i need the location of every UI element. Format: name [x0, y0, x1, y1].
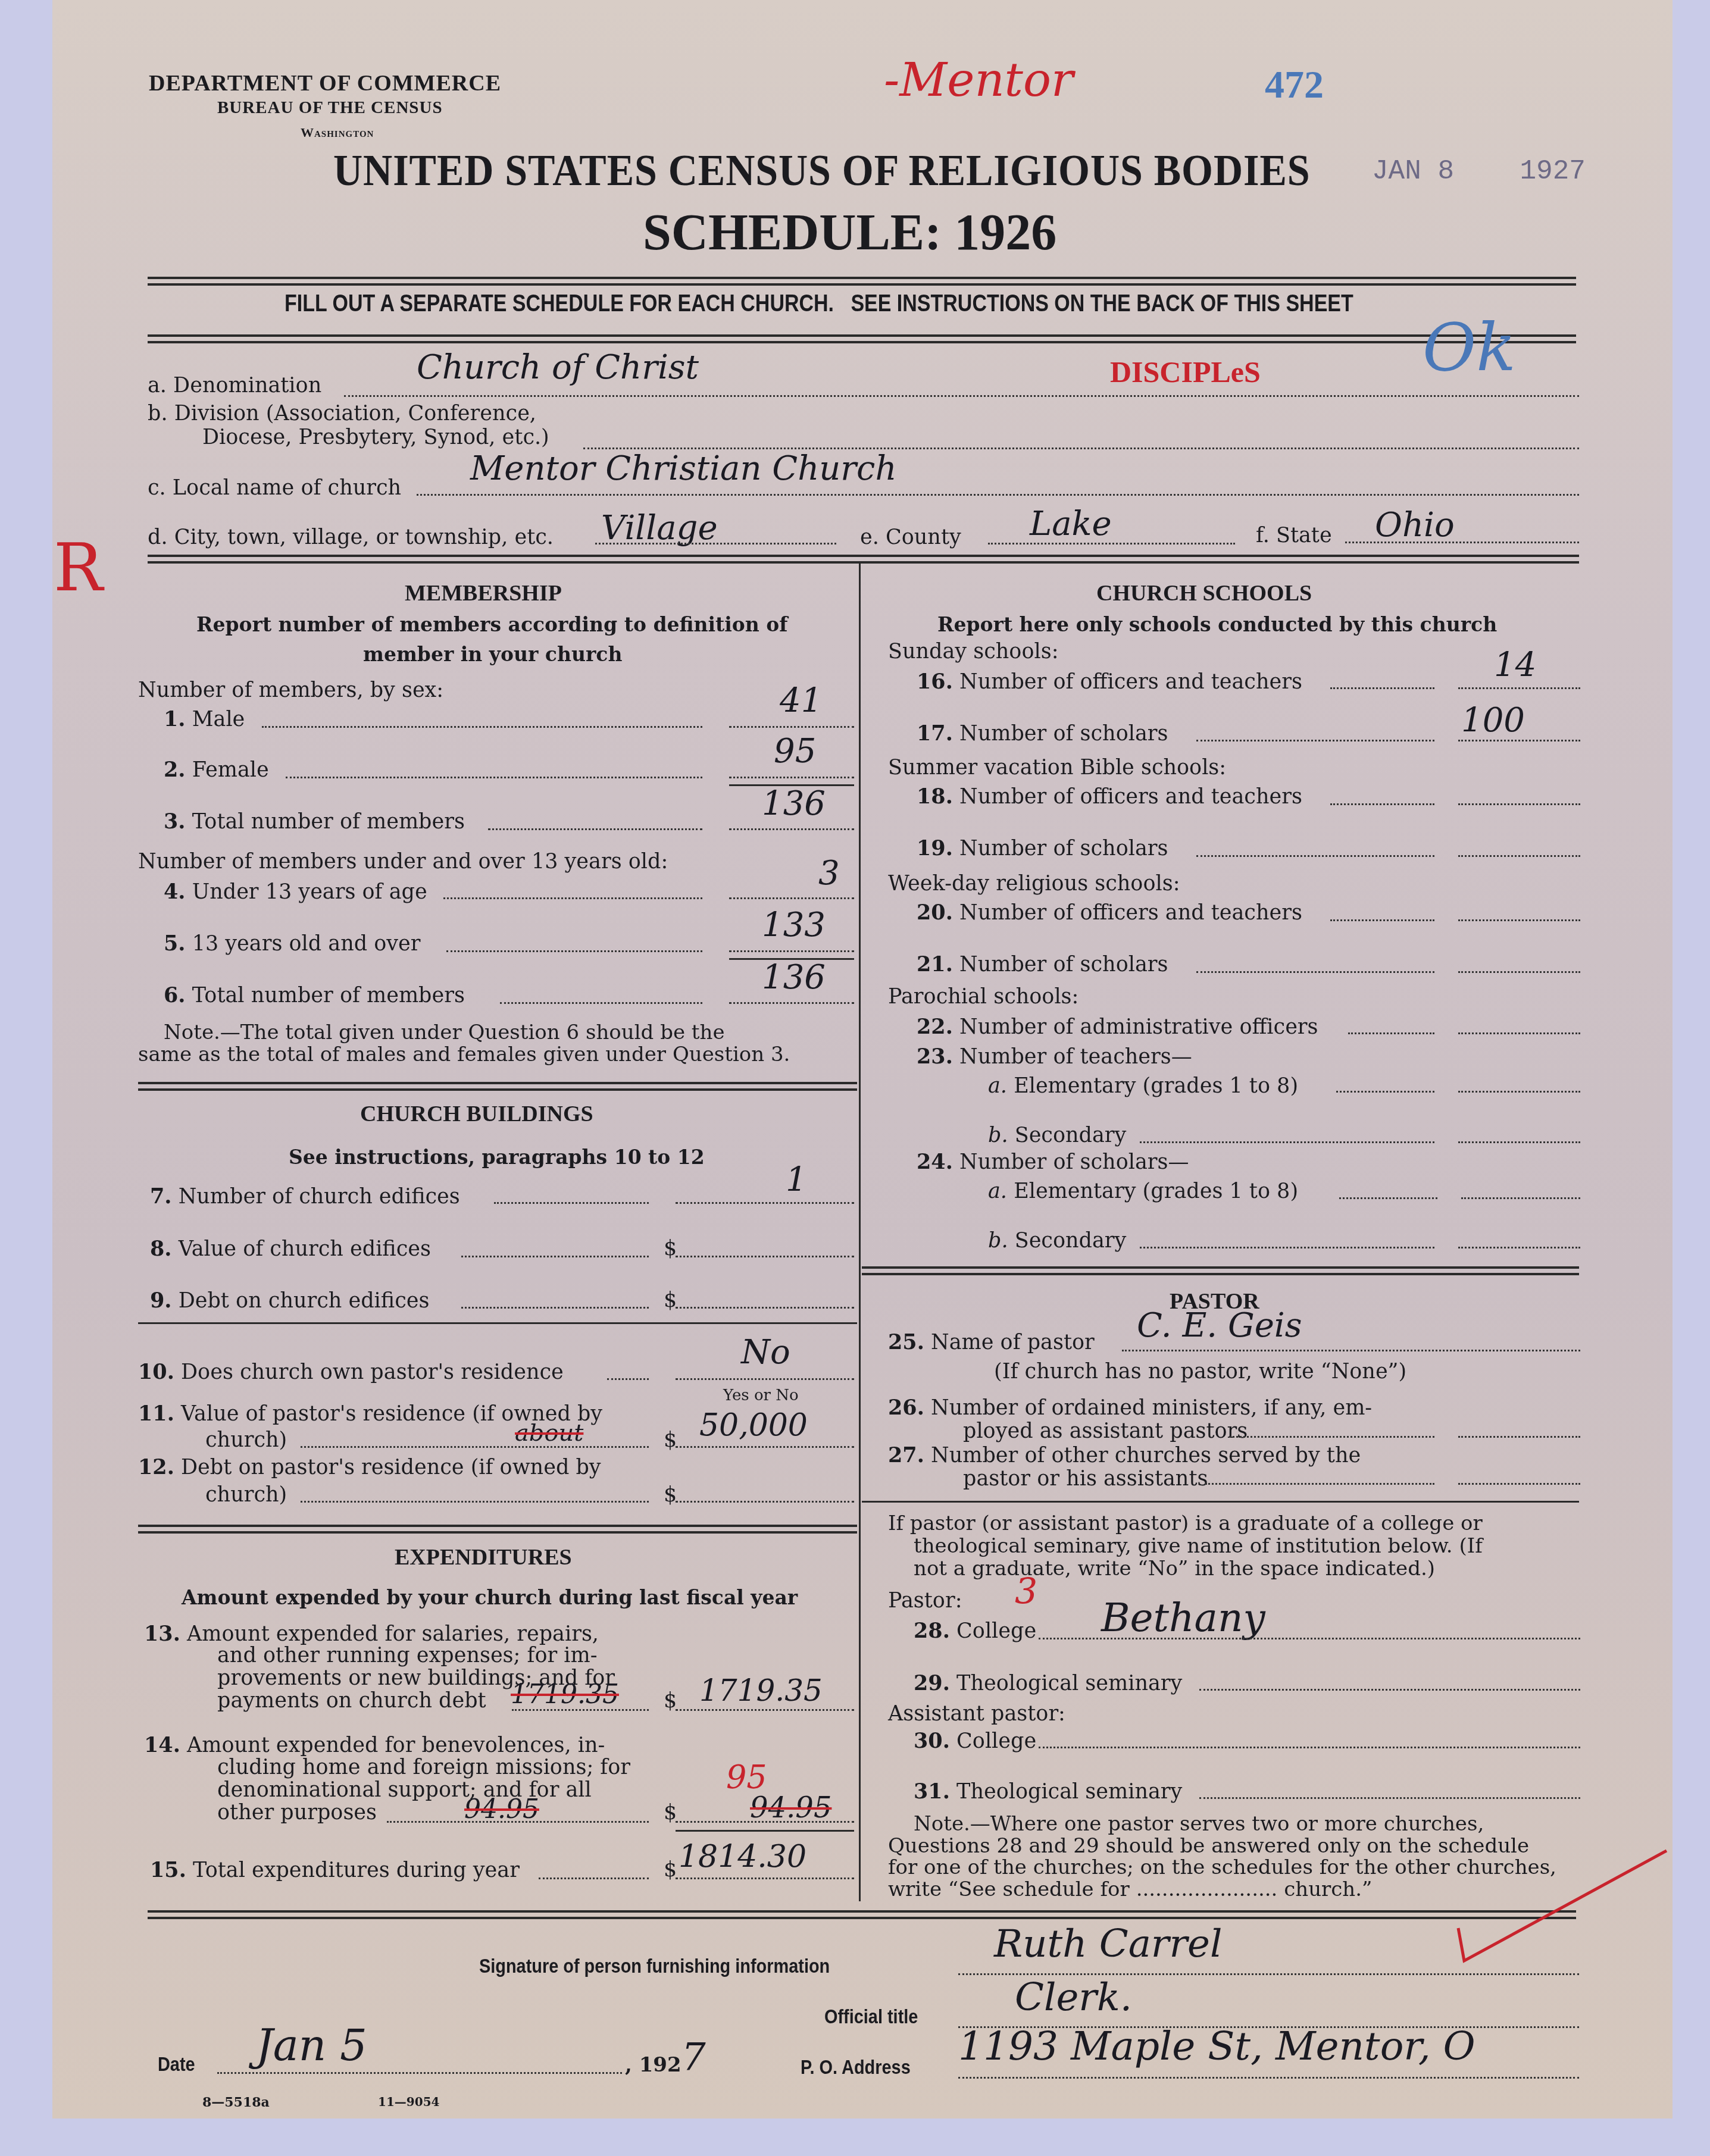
q14-value[interactable]: 94.95: [750, 1791, 831, 1825]
signature-label: Signature of person furnishing informati…: [479, 1955, 830, 1978]
division-label-line2: Diocese, Presbytery, Synod, etc.): [202, 425, 549, 449]
local-name-value[interactable]: Mentor Christian Church: [470, 449, 897, 488]
members-by-age-heading: Number of members under and over 13 year…: [138, 850, 668, 874]
sunday-schools-heading: Sunday schools:: [888, 640, 1058, 664]
division-label-line1: b. Division (Association, Conference,: [148, 402, 536, 425]
received-date-stamp: JAN 8 1927: [1372, 156, 1586, 187]
official-title-label: Official title: [824, 2005, 918, 2029]
q13-struck-value: 1719.35: [511, 1679, 619, 1710]
q13-value[interactable]: 1719.35: [699, 1673, 823, 1708]
q14-struck-value: 94.95: [464, 1794, 539, 1825]
year-value[interactable]: 7: [682, 2035, 706, 2079]
form-code-2: 11—9054: [378, 2095, 440, 2109]
signature-value[interactable]: Ruth Carrel: [994, 1922, 1222, 1966]
membership-subtitle-1: Report number of members according to de…: [196, 613, 787, 636]
official-title-value[interactable]: Clerk.: [1015, 1976, 1132, 2020]
pastor-red-mark: 3: [1015, 1571, 1037, 1613]
form-code-1: 8—5518a: [202, 2095, 270, 2110]
denomination-value[interactable]: Church of Christ: [417, 348, 699, 387]
church-schools-heading: CHURCH SCHOOLS: [1096, 580, 1312, 606]
disciples-stamp: DISCIPLeS: [1110, 355, 1261, 389]
edifice-count-value[interactable]: 1: [786, 1160, 807, 1199]
pastor-college-value[interactable]: Bethany: [1101, 1595, 1265, 1641]
pastor-name-value[interactable]: C. E. Geis: [1137, 1306, 1302, 1345]
yes-or-no-hint: Yes or No: [723, 1387, 799, 1404]
total-members-value[interactable]: 136: [762, 784, 826, 823]
q15-total-value[interactable]: 1814.30: [679, 1839, 806, 1875]
graduate-instruction-3: not a graduate, write “No” in the space …: [914, 1557, 1435, 1581]
margin-r-mark: R: [54, 530, 103, 606]
city-heading: Washington: [301, 125, 374, 140]
county-label: e. County: [860, 525, 961, 549]
school-row: 23. Number of teachers—: [917, 1044, 1192, 1069]
pastor-note-2: Questions 28 and 29 should be answered o…: [888, 1834, 1529, 1858]
red-checkmark-icon: [1446, 1845, 1673, 1964]
city-label: d. City, town, village, or township, etc…: [148, 525, 554, 549]
church-schools-subtitle: Report here only schools conducted by th…: [937, 613, 1497, 636]
year-prefix: , 192: [625, 2053, 682, 2077]
assistant-pastor-subheading: Assistant pastor:: [888, 1702, 1065, 1726]
weekday-schools-heading: Week-day religious schools:: [888, 872, 1180, 896]
male-count-value[interactable]: 41: [780, 681, 822, 720]
local-name-label: c. Local name of church: [148, 476, 401, 500]
under-13-value[interactable]: 3: [818, 854, 840, 893]
instruction-banner: FILL OUT A SEPARATE SCHEDULE FOR EACH CH…: [285, 290, 1353, 317]
file-number-stamp: 472: [1265, 62, 1324, 108]
graduate-instruction-2: theological seminary, give name of insti…: [914, 1534, 1483, 1558]
graduate-instruction-1: If pastor (or assistant pastor) is a gra…: [888, 1512, 1483, 1535]
po-address-value[interactable]: 1193 Maple St, Mentor, O: [958, 2023, 1475, 2069]
struck-about-note: about: [515, 1419, 583, 1447]
bureau-heading: BUREAU OF THE CENSUS: [217, 98, 443, 118]
q14-correction: 95: [726, 1758, 767, 1796]
date-value[interactable]: Jan 5: [256, 2020, 367, 2070]
county-value[interactable]: Lake: [1030, 505, 1112, 543]
no-pastor-hint: (If church has no pastor, write “None”): [994, 1360, 1406, 1384]
school-row: 24. Number of scholars—: [917, 1150, 1189, 1174]
membership-subtitle-2: member in your church: [363, 643, 622, 666]
pastor-note-4: write “See schedule for ................…: [888, 1877, 1372, 1901]
residence-value-value[interactable]: 50,000: [699, 1407, 808, 1443]
expenditures-heading: EXPENDITURES: [395, 1544, 572, 1570]
date-label: Date: [158, 2053, 195, 2076]
po-address-label: P. O. Address: [801, 2056, 911, 2079]
pastor-subheading: Pastor:: [888, 1589, 962, 1613]
female-count-value[interactable]: 95: [774, 732, 816, 771]
state-value[interactable]: Ohio: [1375, 506, 1455, 545]
red-annotation-mentor: -Mentor: [884, 54, 1073, 107]
total-members-check-value[interactable]: 136: [762, 958, 826, 997]
schedule-year: SCHEDULE: 1926: [643, 202, 1056, 262]
pastor-note-1: Note.—Where one pastor serves two or mor…: [914, 1812, 1484, 1836]
blue-initials-mark: Ok: [1423, 309, 1516, 386]
membership-note-2: same as the total of males and females g…: [138, 1043, 790, 1066]
form-title: UNITED STATES CENSUS OF RELIGIOUS BODIES: [333, 146, 1311, 196]
denomination-label: a. Denomination: [148, 374, 321, 398]
parochial-schools-heading: Parochial schools:: [888, 985, 1078, 1009]
owns-residence-value[interactable]: No: [741, 1333, 790, 1372]
city-value[interactable]: Village: [601, 509, 718, 547]
sunday-scholars-value[interactable]: 100: [1461, 701, 1525, 740]
state-label: f. State: [1256, 524, 1332, 547]
members-by-sex-heading: Number of members, by sex:: [138, 678, 443, 702]
church-buildings-subtitle: See instructions, paragraphs 10 to 12: [289, 1146, 705, 1169]
expenditures-subtitle: Amount expended by your church during la…: [182, 1586, 798, 1609]
membership-heading: MEMBERSHIP: [405, 580, 562, 606]
church-buildings-heading: CHURCH BUILDINGS: [360, 1101, 593, 1127]
summer-schools-heading: Summer vacation Bible schools:: [888, 756, 1226, 780]
sunday-teachers-value[interactable]: 14: [1494, 646, 1536, 684]
over-13-value[interactable]: 133: [762, 906, 826, 944]
membership-note-1: Note.—The total given under Question 6 s…: [164, 1021, 725, 1044]
department-heading: DEPARTMENT OF COMMERCE: [149, 70, 501, 96]
